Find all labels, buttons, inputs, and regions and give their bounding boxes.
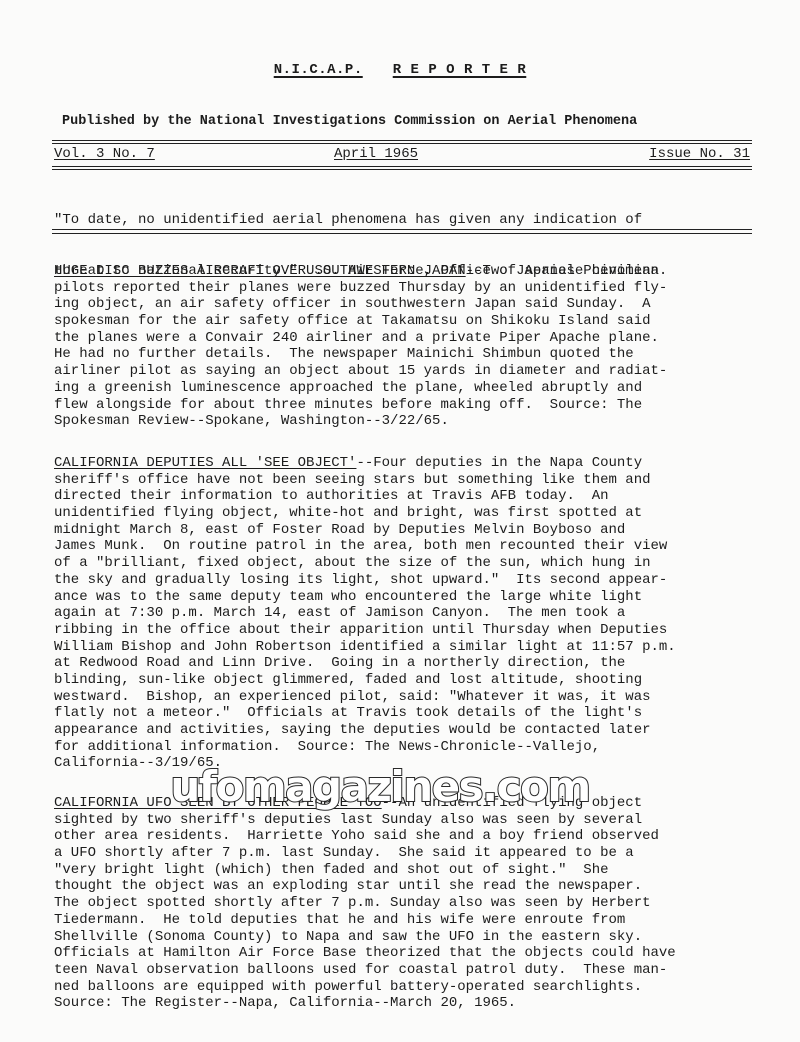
article-line: sighted by two sheriff's deputies last S… <box>54 812 774 829</box>
article-line: Officials at Hamilton Air Force Base the… <box>54 945 774 962</box>
article-line: ned balloons are equipped with powerful … <box>54 979 774 996</box>
article-line: He had no further details. The newspaper… <box>54 346 774 363</box>
volume-number: Vol. 3 No. 7 <box>54 146 155 162</box>
article-line: Tiedermann. He told deputies that he and… <box>54 912 774 929</box>
issue-number: Issue No. 31 <box>649 146 750 162</box>
article-line: for additional information. Source: The … <box>54 739 774 756</box>
issue-date: April 1965 <box>334 146 418 162</box>
divider-rule <box>52 166 752 167</box>
article-line: James Munk. On routine patrol in the are… <box>54 538 774 555</box>
article-line: again at 7:30 p.m. March 14, east of Jam… <box>54 605 774 622</box>
article-line: ribbing in the office about their appari… <box>54 622 774 639</box>
divider-rule <box>52 143 752 144</box>
article-line: ing a greenish luminescence approached t… <box>54 380 774 397</box>
article-source: Source: The Register--Napa, California--… <box>54 995 774 1012</box>
article-line: blinding, sun-like object glimmered, fad… <box>54 672 774 689</box>
article-california-ufo-others: CALIFORNIA UFO SEEN BY OTHER PEOPLE TOO-… <box>54 795 774 1012</box>
article-text: --Four deputies in the Napa County <box>356 455 642 471</box>
publisher-subtitle: Published by the National Investigations… <box>62 114 752 129</box>
article-line: at Redwood Road and Linn Drive. Going in… <box>54 655 774 672</box>
article-line: the sky and gradually losing its light, … <box>54 572 774 589</box>
article-line: the planes were a Convair 240 airliner a… <box>54 330 774 347</box>
article-line: Shellville (Sonoma County) to Napa and s… <box>54 929 774 946</box>
article-line: pilots reported their planes were buzzed… <box>54 280 774 297</box>
issue-info-bar: Vol. 3 No. 7 April 1965 Issue No. 31 <box>54 146 750 164</box>
watermark-logo: ufomagazines.com <box>170 766 590 808</box>
article-line: unidentified flying object, white-hot an… <box>54 505 774 522</box>
masthead: N.I.C.A.P.R E P O R T E R <box>0 62 800 78</box>
article-line: ing object, an air safety officer in sou… <box>54 296 774 313</box>
article-line: thought the object was an exploding star… <box>54 878 774 895</box>
article-text: --Two Japanese civilian <box>466 263 659 279</box>
article-line: ance was to the same deputy team who enc… <box>54 589 774 606</box>
article-line: flew alongside for about three minutes b… <box>54 397 774 414</box>
article-line: flatly not a meteor." Officials at Travi… <box>54 705 774 722</box>
masthead-nicap: N.I.C.A.P. <box>274 62 363 78</box>
article-headline: HUGE DISC BUZZES AIRCRAFT OVER SOUTHWEST… <box>54 263 466 279</box>
article-line: airliner pilot as saying an object about… <box>54 363 774 380</box>
divider-rule <box>52 140 752 141</box>
newsletter-page: N.I.C.A.P.R E P O R T E R Published by t… <box>0 0 800 1042</box>
article-japan-disc: HUGE DISC BUZZES AIRCRAFT OVER SOUTHWEST… <box>54 263 774 430</box>
divider-rule <box>52 233 752 234</box>
masthead-reporter: R E P O R T E R <box>393 62 527 78</box>
article-line: teen Naval observation balloons used for… <box>54 962 774 979</box>
quote-line: "To date, no unidentified aerial phenome… <box>54 212 754 229</box>
article-line: a UFO shortly after 7 p.m. last Sunday. … <box>54 845 774 862</box>
article-line: William Bishop and John Robertson identi… <box>54 639 774 656</box>
article-line: "very bright light (which) then faded an… <box>54 862 774 879</box>
article-line: other area residents. Harriette Yoho sai… <box>54 828 774 845</box>
article-line: directed their information to authoritie… <box>54 488 774 505</box>
article-line: spokesman for the air safety office at T… <box>54 313 774 330</box>
article-line: westward. Bishop, an experienced pilot, … <box>54 689 774 706</box>
article-source: Spokesman Review--Spokane, Washington--3… <box>54 413 774 430</box>
article-headline: CALIFORNIA DEPUTIES ALL 'SEE OBJECT' <box>54 455 356 471</box>
divider-rule <box>52 229 752 230</box>
article-line: sheriff's office have not been seeing st… <box>54 472 774 489</box>
article-line: of a "brilliant, fixed object, about the… <box>54 555 774 572</box>
divider-rule <box>52 169 752 170</box>
article-line: appearance and activities, saying the de… <box>54 722 774 739</box>
article-line: The object spotted shortly after 7 p.m. … <box>54 895 774 912</box>
article-california-deputies: CALIFORNIA DEPUTIES ALL 'SEE OBJECT'--Fo… <box>54 455 774 772</box>
article-line: midnight March 8, east of Foster Road by… <box>54 522 774 539</box>
